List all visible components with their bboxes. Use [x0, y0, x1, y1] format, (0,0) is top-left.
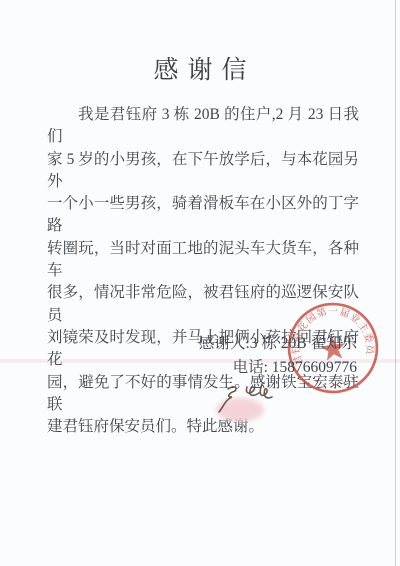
- signer-line: 感谢人:3 栋 20B 翟知乐: [199, 332, 357, 356]
- thumbprint-smudge: [216, 398, 264, 422]
- signature-block: 感谢人:3 栋 20B 翟知乐 电话: 15876609776: [199, 332, 357, 380]
- letter-title: 感谢信: [0, 50, 400, 86]
- scanned-letter-page: 感谢信 我是君钰府 3 栋 20B 的住户,2 月 23 日我们 家 5 岁的小…: [0, 0, 400, 566]
- handwritten-signature: [202, 380, 286, 428]
- body-line: 我是君钰府 3 栋 20B 的住户,2 月 23 日我们: [47, 104, 359, 149]
- body-line: 一个小一些男孩，骑着滑板车在小区外的丁字路: [47, 193, 359, 238]
- body-line: 转圈玩，当时对面工地的泥头车大货车，各种车: [47, 238, 359, 283]
- body-line: 家 5 岁的小男孩，在下午放学后，与本花园另外: [47, 149, 359, 194]
- phone-line: 电话: 15876609776: [199, 356, 357, 380]
